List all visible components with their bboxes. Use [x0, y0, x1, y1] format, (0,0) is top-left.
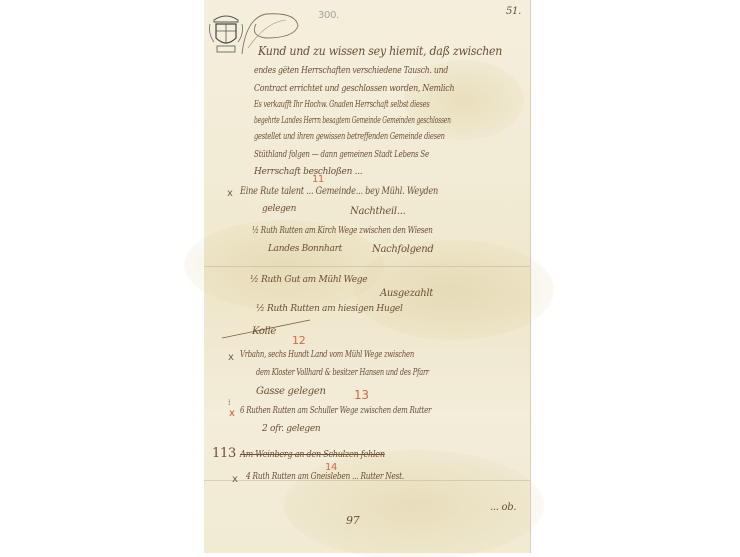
red-number: 12 [292, 334, 305, 347]
page-total: 97 [346, 514, 359, 527]
text-line: ½ Ruth Gut am Mühl Wege [250, 275, 367, 285]
text-line: begehrte Landes Herrn besagtem Gemeinde … [254, 116, 451, 126]
text-line: Nachtheil... [350, 206, 405, 217]
text-line: Contract errichtet und geschlossen worde… [254, 84, 454, 94]
text-line: Vrbahn, sechs Hundt Land vom Mühl Wege z… [240, 350, 414, 360]
red-number: 13 [354, 388, 369, 402]
red-number: 11 [312, 174, 324, 185]
text-line: Ausgezahlt [380, 288, 433, 299]
margin-mark: ⁞ [228, 398, 231, 407]
text-line: gestellet und ihren gewissen betreffende… [254, 132, 445, 142]
margin-mark: x [227, 188, 233, 199]
struck-text-line: Am Weinberg an den Schulzen fehlen [240, 450, 385, 460]
margin-mark: x [232, 474, 238, 485]
text-line: Nachfolgend [372, 244, 434, 255]
margin-number: 113 [212, 446, 236, 461]
text-line: ½ Ruth Rutten am hiesigen Hugel [256, 304, 403, 314]
margin-mark: x [228, 352, 234, 363]
text-line: Es verkaufft Ihr Hochw. Gnaden Herrschaf… [254, 100, 429, 110]
text-line: Herrschaft beschloßen ... [254, 167, 362, 177]
text-line: ... ob. [490, 502, 516, 513]
text-line: 2 ofr. gelegen [262, 424, 320, 434]
text-line: 6 Ruthen Rutten am Schuller Wege zwische… [240, 406, 431, 416]
pencil-number: 300. [318, 10, 339, 21]
text-line: Landes Bonnhart [268, 244, 342, 254]
text-line: Kolle [252, 326, 276, 337]
text-line: gelegen [262, 204, 296, 214]
text-line: Stüthland folgen — dann gemeinen Stadt L… [254, 150, 429, 160]
text-line: Kund und zu wissen sey hiemit, daß zwisc… [258, 44, 502, 58]
margin-mark: x [229, 408, 235, 419]
text-line: ½ Ruth Rutten am Kirch Wege zwischen den… [252, 226, 433, 236]
text-line: Gasse gelegen [256, 386, 326, 397]
text-line: endes ge̅ten Herrschaften verschiedene T… [254, 66, 448, 76]
text-line: dem Kloster Vollhard & besitzer Hansen u… [256, 368, 429, 378]
text-line: 4 Ruth Rutten am Gneisleben ... Rutter N… [246, 472, 404, 482]
folio-number: 51. [506, 6, 521, 17]
text-line: Eine Rute talent ... Gemeinde... bey Müh… [240, 186, 438, 197]
